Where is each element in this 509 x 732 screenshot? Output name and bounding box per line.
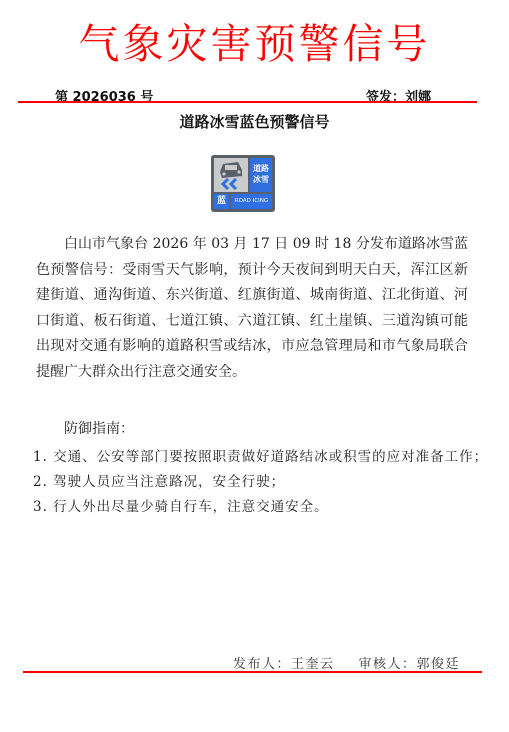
badge-name: 道路 冰雪 (250, 158, 272, 192)
header-divider (18, 101, 477, 103)
guide-item: 1. 交通、公安等部门要按照职责做好道路结冰或积雪的应对准备工作； (33, 445, 488, 465)
footer-divider (23, 671, 482, 673)
badge-english-label: ROAD ICING (231, 194, 272, 209)
reviewer: 审核人：郭俊廷 (359, 653, 461, 672)
publisher: 发布人：王奎云 (233, 653, 335, 672)
warning-body: 白山市气象台 2026 年 03 月 17 日 09 时 18 分发布道路冰雪蓝… (36, 232, 468, 386)
guide-item: 2. 驾驶人员应当注意路况，安全行驶； (33, 470, 285, 490)
warning-badge: 道路 冰雪 蓝 ROAD ICING (211, 155, 275, 212)
bulletin-title: 气象灾害预警信号 (0, 18, 509, 70)
footer-signatures: 发布人：王奎云审核人：郭俊廷 (233, 653, 460, 672)
guide-title: 防御指南： (64, 418, 134, 438)
document-title: 道路冰雪蓝色预警信号 (0, 111, 509, 132)
guide-item: 3. 行人外出尽量少骑自行车，注意交通安全。 (33, 495, 329, 515)
road-icing-car-icon (214, 158, 248, 192)
badge-level: 蓝 (214, 194, 229, 209)
